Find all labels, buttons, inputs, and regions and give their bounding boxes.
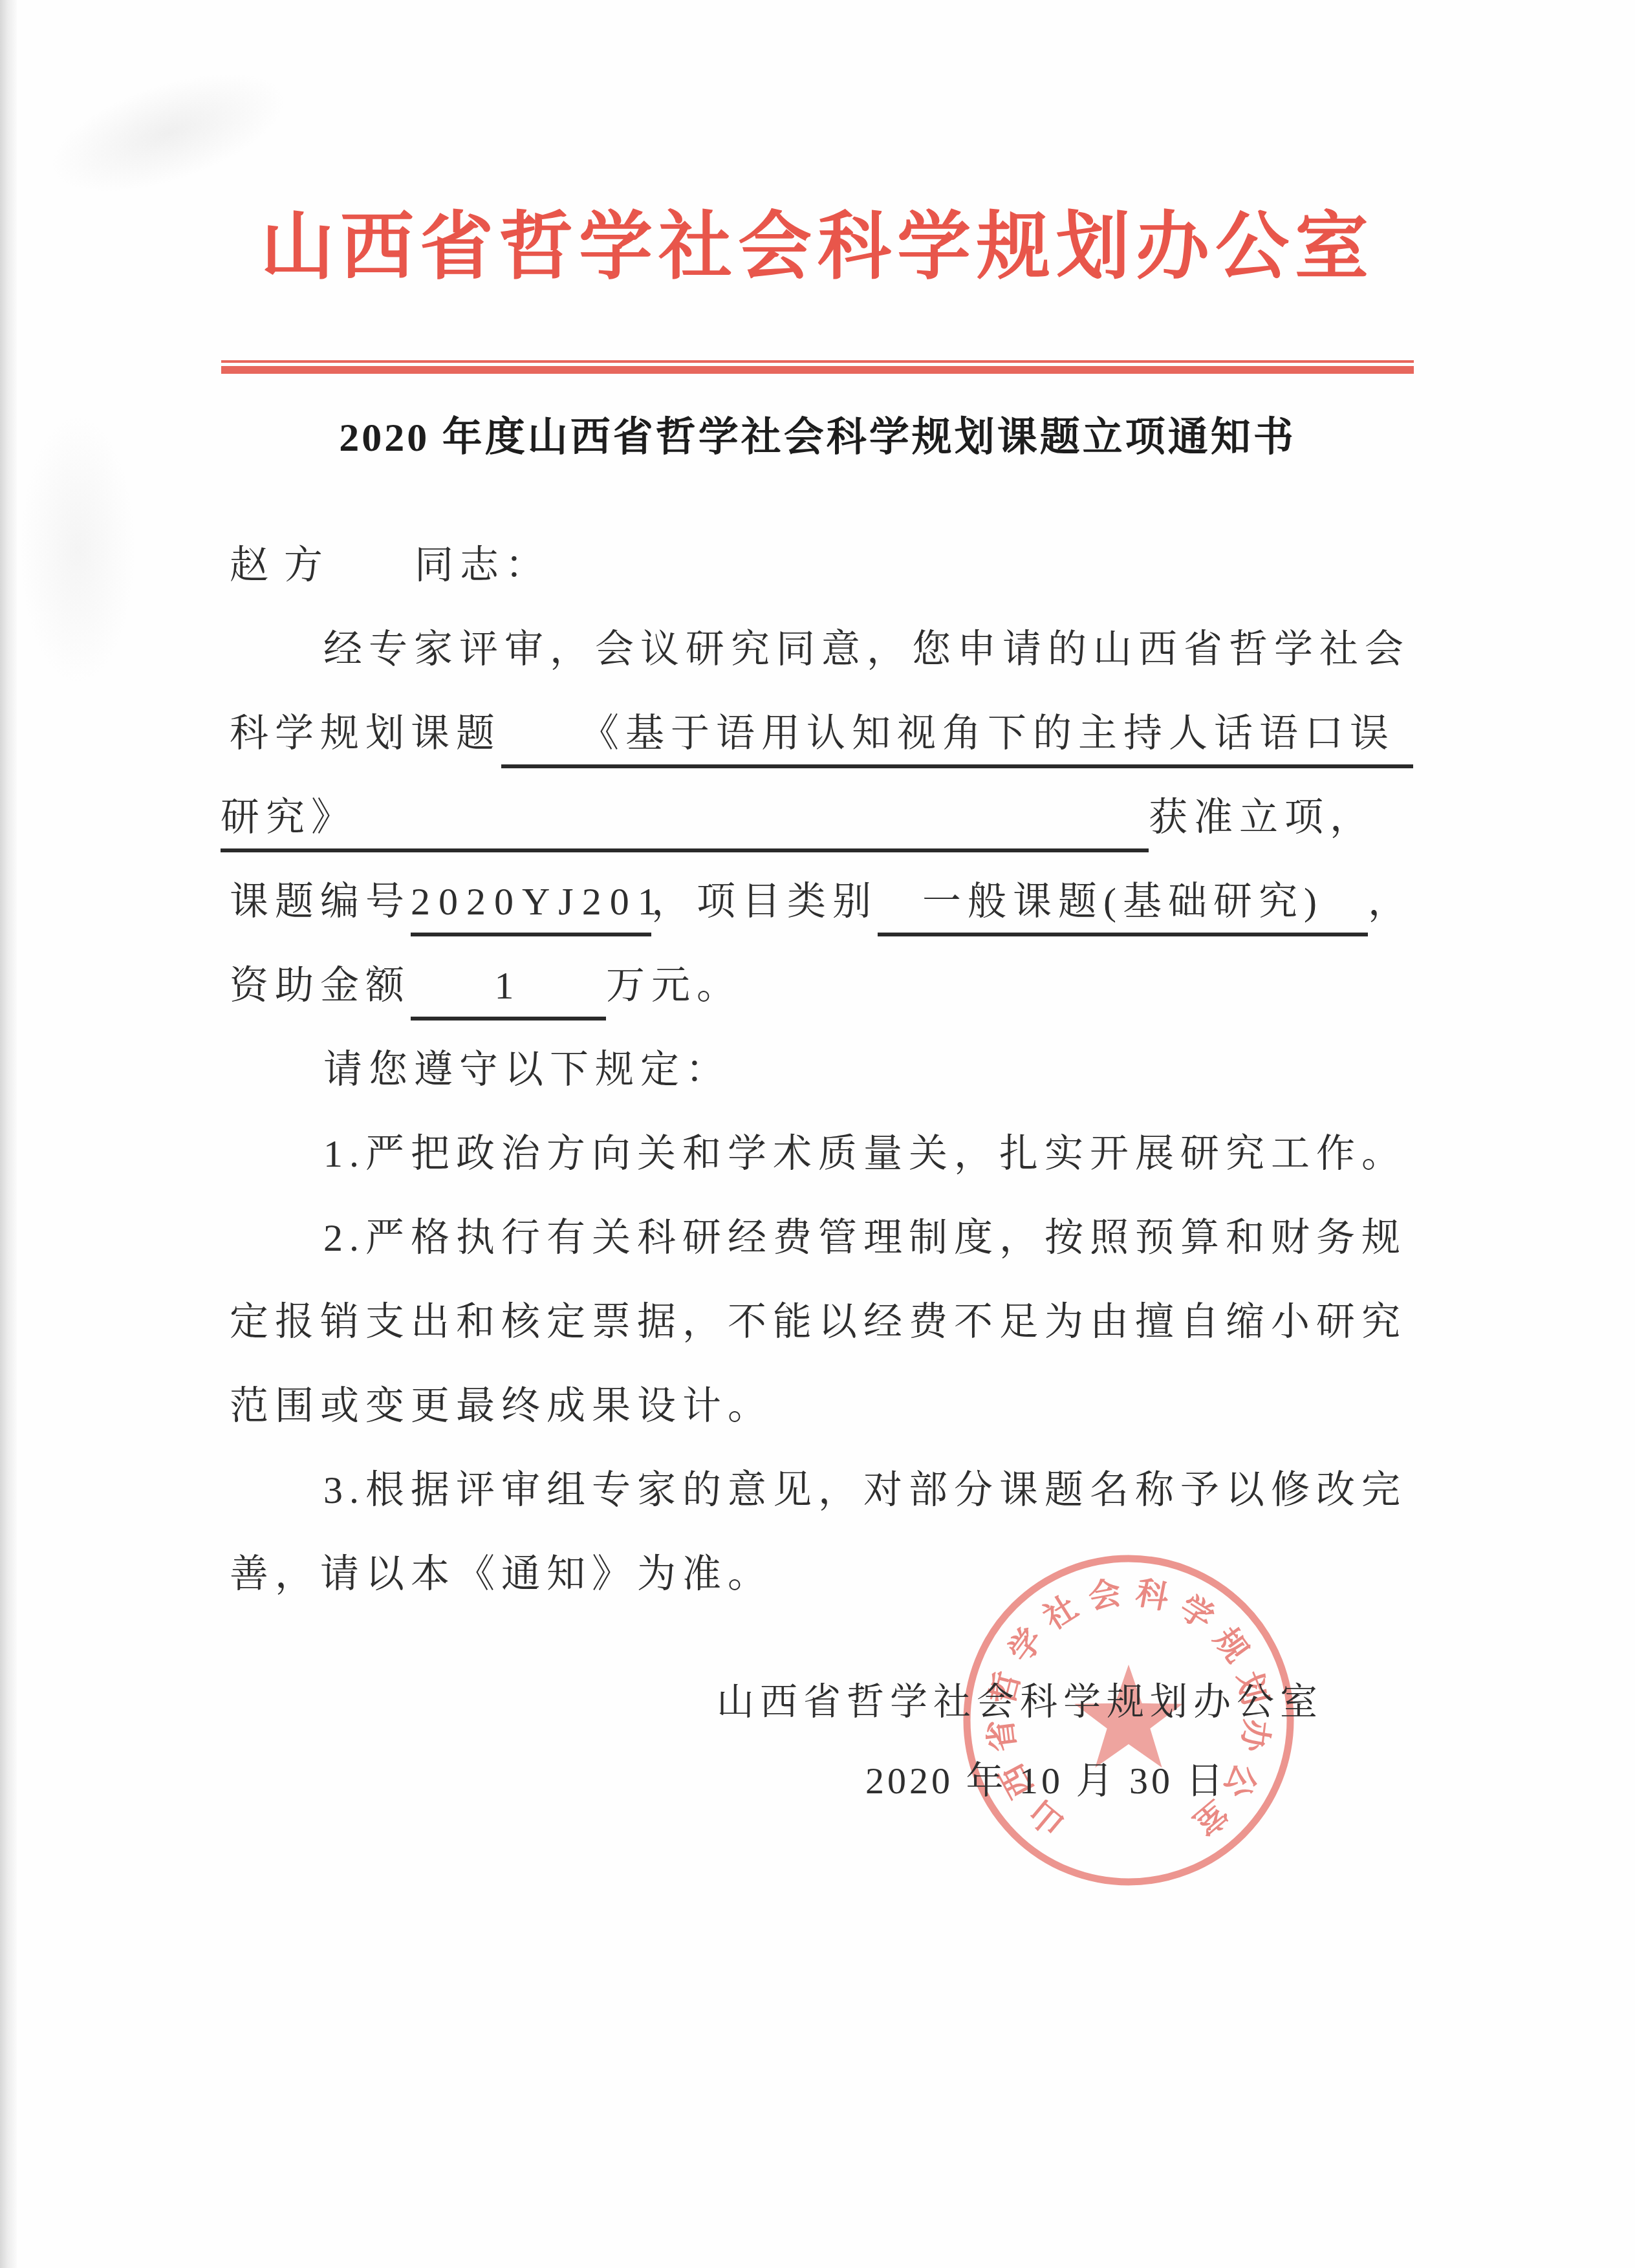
comma: ，: [651, 878, 697, 925]
scan-smudge: [36, 49, 300, 217]
paragraph1-line1: 经专家评审，会议研究同意，您申请的山西省哲学社会: [230, 626, 1507, 673]
funding-unit: 万元。: [606, 962, 742, 1009]
paragraph1-line2: 科学规划课题 《基于语用认知视角下的主持人话语口误: [230, 710, 1413, 768]
rule2-text1: 2.严格执行有关科研经费管理制度，按照预算和财务规: [323, 1215, 1407, 1261]
salutation-line: 赵方 同志：: [230, 542, 1413, 589]
funding-line: 资助金额 1 万元。: [230, 962, 1413, 1021]
rule2-text3: 范围或变更最终成果设计。: [230, 1383, 773, 1429]
approved-text: 获准立项，: [1149, 794, 1375, 841]
project-category-label: 项目类别: [697, 878, 878, 925]
rule2-text2: 定报销支出和核定票据，不能以经费不足为由擅自缩小研究: [230, 1299, 1407, 1345]
svg-text:学: 学: [1002, 1621, 1050, 1669]
project-title-field-label: 科学规划课题: [230, 710, 501, 757]
rule3-line1: 3.根据评审组专家的意见，对部分课题名称予以修改完: [230, 1467, 1507, 1513]
comma: ，: [1368, 878, 1413, 925]
svg-text:科: 科: [1133, 1574, 1172, 1615]
scanned-notice-page: 山西省哲学社会科学规划办公室 2020 年度山西省哲学社会科学规划课题立项通知书…: [0, 0, 1635, 2268]
project-number-label: 课题编号: [230, 878, 411, 925]
notice-subtitle: 2020 年度山西省哲学社会科学规划课题立项通知书: [0, 405, 1635, 462]
letterhead-double-rule: [221, 360, 1414, 374]
project-category-value: 一般课题(基础研究): [878, 878, 1368, 936]
project-number-line: 课题编号 2020YJ201 ， 项目类别 一般课题(基础研究) ，: [230, 878, 1413, 936]
rule-thin-line: [221, 360, 1414, 363]
svg-text:社: 社: [1037, 1588, 1084, 1636]
funding-label: 资助金额: [230, 962, 411, 1009]
funding-amount-value: 1: [411, 962, 606, 1021]
recipient-name: 赵方: [230, 542, 338, 589]
rule1-line: 1.严把政治方向关和学术质量关，扎实开展研究工作。: [230, 1130, 1507, 1177]
paragraph1-text: 经专家评审，会议研究同意，您申请的山西省哲学社会: [323, 626, 1410, 673]
project-number-value: 2020YJ201: [411, 878, 651, 936]
salutation-suffix: 同志：: [415, 542, 550, 589]
project-title-underline-part2: 研究》: [221, 794, 1149, 852]
issue-date: 2020 年 10 月 30 日: [865, 1750, 1227, 1804]
letterhead-title: 山西省哲学社会科学规划办公室: [0, 208, 1635, 286]
project-title-underline-part1: 《基于语用认知视角下的主持人话语口误: [501, 710, 1413, 768]
issuer-signature: 山西省哲学社会科学规划办公室: [717, 1671, 1323, 1725]
svg-text:学: 学: [1173, 1588, 1220, 1636]
paragraph1-line3: 研究》 获准立项，: [230, 794, 1413, 852]
rule2-line1: 2.严格执行有关科研经费管理制度，按照预算和财务规: [230, 1215, 1507, 1261]
rule3-text1: 3.根据评审组专家的意见，对部分课题名称予以修改完: [323, 1467, 1407, 1513]
svg-text:规: 规: [1207, 1621, 1256, 1669]
scan-edge-shadow: [0, 0, 17, 2268]
rules-intro-text: 请您遵守以下规定：: [323, 1046, 731, 1093]
rule1-text: 1.严把政治方向关和学术质量关，扎实开展研究工作。: [323, 1130, 1407, 1177]
rule2-line3: 范围或变更最终成果设计。: [230, 1383, 1413, 1429]
rule2-line2: 定报销支出和核定票据，不能以经费不足为由擅自缩小研究: [230, 1299, 1413, 1345]
svg-text:会: 会: [1085, 1574, 1124, 1615]
rule3-text2: 善，请以本《通知》为准。: [230, 1551, 773, 1597]
rule-thick-line: [221, 366, 1414, 374]
rules-intro-line: 请您遵守以下规定：: [230, 1046, 1507, 1093]
